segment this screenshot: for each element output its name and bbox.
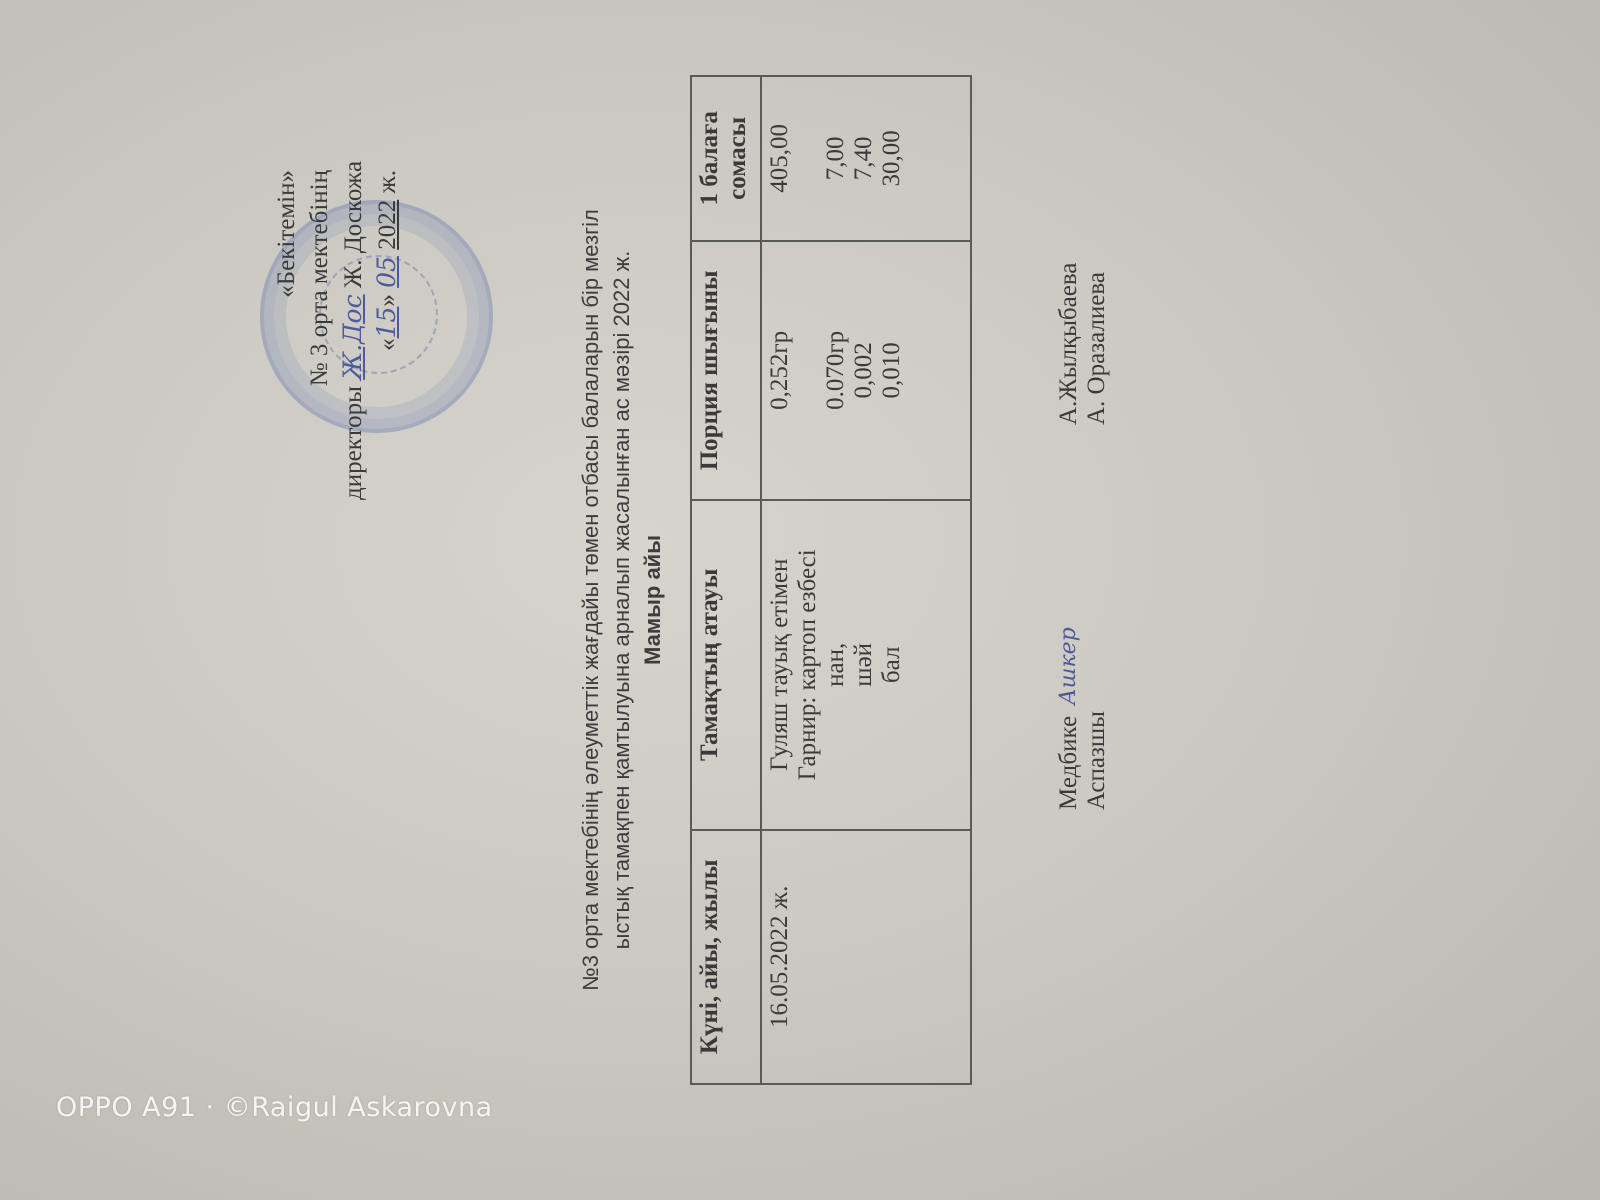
signature-name: А. Оразалиева [1083,272,1111,425]
dish-item: Гарнир: картоп езбесі [794,507,822,823]
title-line-1: №3 орта мектебінің әлеуметтік жағдайы тө… [575,80,606,1120]
portion-value: 0,252гр [766,248,794,493]
cell-dishes: Гуляш тауық етімен Гарнир: картоп езбесі… [761,500,971,830]
document-title: №3 орта мектебінің әлеуметтік жағдайы тө… [575,80,668,1120]
signature-name: А.Жылқыбаева [1055,263,1083,425]
sum-value: 7,00 [822,83,850,234]
portion-value: 0,010 [878,248,906,493]
date-year: 2022 [374,200,401,250]
signature-row-cook: Аспазшы А. Оразалиева [1083,263,1111,810]
signatures-block: Медбике Ашкер А.Жылқыбаева Аспазшы А. Ор… [1055,263,1111,810]
header-date: Күні, айы, жылы [691,830,761,1084]
dish-item: Гуляш тауық етімен [766,507,794,823]
director-label: директоры [340,386,367,500]
director-name: Ж. Доскожа [340,161,367,288]
portion-value: 0,002 [850,248,878,493]
title-line-2: ыстық тамақпен қамтылуына арналып жасалы… [606,80,637,1120]
cell-sums: 405,00 7,00 7,40 30,00 [761,76,971,241]
approval-date: «15» 05 2022 ж. [370,170,404,500]
director-signature: Ж.Дос [338,294,367,379]
cell-date: 16.05.2022 ж. [761,830,971,1084]
sum-value: 30,00 [878,83,906,234]
dish-item: бал [878,507,906,823]
signature-row-nurse: Медбике Ашкер А.Жылқыбаева [1055,263,1083,810]
menu-table: Күні, айы, жылы Тамақтың атауы Порция шы… [690,75,972,1085]
cell-portions: 0,252гр 0.070гр 0,002 0,010 [761,241,971,500]
document-page: «Бекітемін» № 3 орта мектебінің директор… [250,0,1350,1200]
table-row: 16.05.2022 ж. Гуляш тауық етімен Гарнир:… [761,76,971,1084]
header-dish: Тамақтың атауы [691,500,761,830]
signature-role: Медбике [1055,715,1083,810]
header-sum: 1 балаға сомасы [691,76,761,241]
date-day: 15 [372,307,401,339]
approval-heading: «Бекітемін» [270,170,303,500]
date-suffix: ж. [374,170,401,194]
header-portion: Порция шығыны [691,241,761,500]
handwritten-signature [1083,425,1111,715]
dish-item: шәй [850,507,878,823]
approval-block: «Бекітемін» № 3 орта мектебінің директор… [270,170,404,500]
handwritten-signature: Ашкер [1055,425,1083,715]
dish-item: нан, [822,507,850,823]
approval-director: директоры Ж.Дос Ж. Доскожа [336,170,370,500]
table-header-row: Күні, айы, жылы Тамақтың атауы Порция шы… [691,76,761,1084]
portion-value [794,248,822,493]
sum-value: 7,40 [850,83,878,234]
portion-value: 0.070гр [822,248,850,493]
sum-value: 405,00 [766,83,794,234]
sum-value [794,83,822,234]
title-month: Мамыр айы [637,80,668,1120]
camera-watermark: OPPO A91 · ©Raigul Askarovna [56,1092,493,1123]
date-month: 05 [372,256,401,288]
approval-school: № 3 орта мектебінің [303,170,336,500]
signature-role: Аспазшы [1083,715,1111,810]
